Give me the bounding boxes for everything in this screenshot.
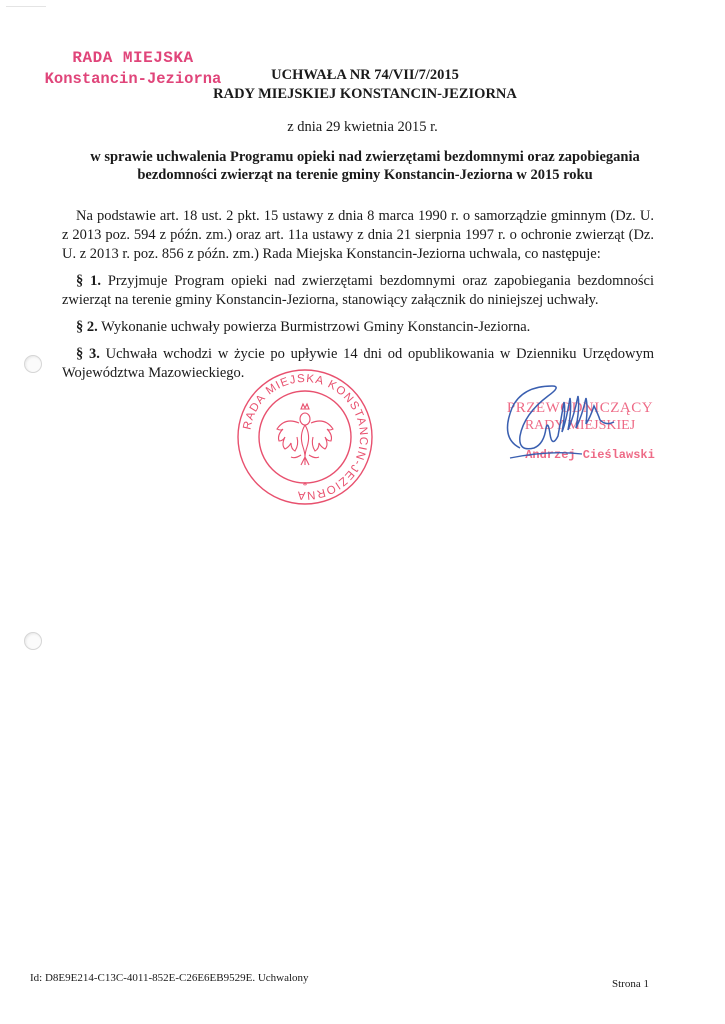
chairman-name: Andrzej Cieślawski: [525, 448, 655, 462]
section-mark: § 2.: [76, 319, 98, 335]
section-mark: § 1.: [76, 273, 101, 289]
resolution-title: UCHWAŁA NR 74/VII/7/2015 RADY MIEJSKIEJ …: [200, 66, 530, 104]
section-text: Wykonanie uchwały powierza Burmistrzowi …: [98, 319, 531, 335]
punch-hole: [24, 355, 42, 373]
resolution-number: UCHWAŁA NR 74/VII/7/2015: [200, 66, 530, 85]
subject-line-2: bezdomności zwierząt na terenie gminy Ko…: [80, 166, 650, 184]
resolution-subject: w sprawie uchwalenia Programu opieki nad…: [80, 148, 650, 184]
chairman-stamp-line-1: PRZEWODNICZĄCY: [507, 400, 653, 416]
section-2: § 2. Wykonanie uchwały powierza Burmistr…: [62, 318, 654, 337]
preamble: Na podstawie art. 18 ust. 2 pkt. 15 usta…: [62, 207, 654, 264]
official-seal: RADA MIEJSKA KONSTANCIN-JEZIORNA *: [235, 367, 375, 507]
chairman-signature-block: PRZEWODNICZĄCY RADY MIEJSKIEJ Andrzej Ci…: [480, 378, 660, 478]
eagle-emblem-icon: [277, 404, 333, 465]
chairman-stamp-line-2: RADY MIEJSKIEJ: [525, 418, 636, 433]
document-id: Id: D8E9E214-C13C-4011-852E-C26E6EB9529E…: [30, 972, 309, 984]
council-name: RADY MIEJSKIEJ KONSTANCIN-JEZIORNA: [200, 85, 530, 104]
scan-artifact: [6, 6, 46, 7]
page-number: Strona 1: [612, 978, 649, 990]
section-1: § 1. Przyjmuje Program opieki nad zwierz…: [62, 272, 654, 310]
subject-line-1: w sprawie uchwalenia Programu opieki nad…: [80, 148, 650, 166]
section-text: Przyjmuje Program opieki nad zwierzętami…: [62, 273, 654, 308]
section-mark: § 3.: [76, 346, 100, 362]
resolution-date: z dnia 29 kwietnia 2015 r.: [0, 119, 725, 136]
punch-hole: [24, 632, 42, 650]
resolution-body: Na podstawie art. 18 ust. 2 pkt. 15 usta…: [62, 207, 654, 391]
seal-star: *: [303, 481, 308, 492]
